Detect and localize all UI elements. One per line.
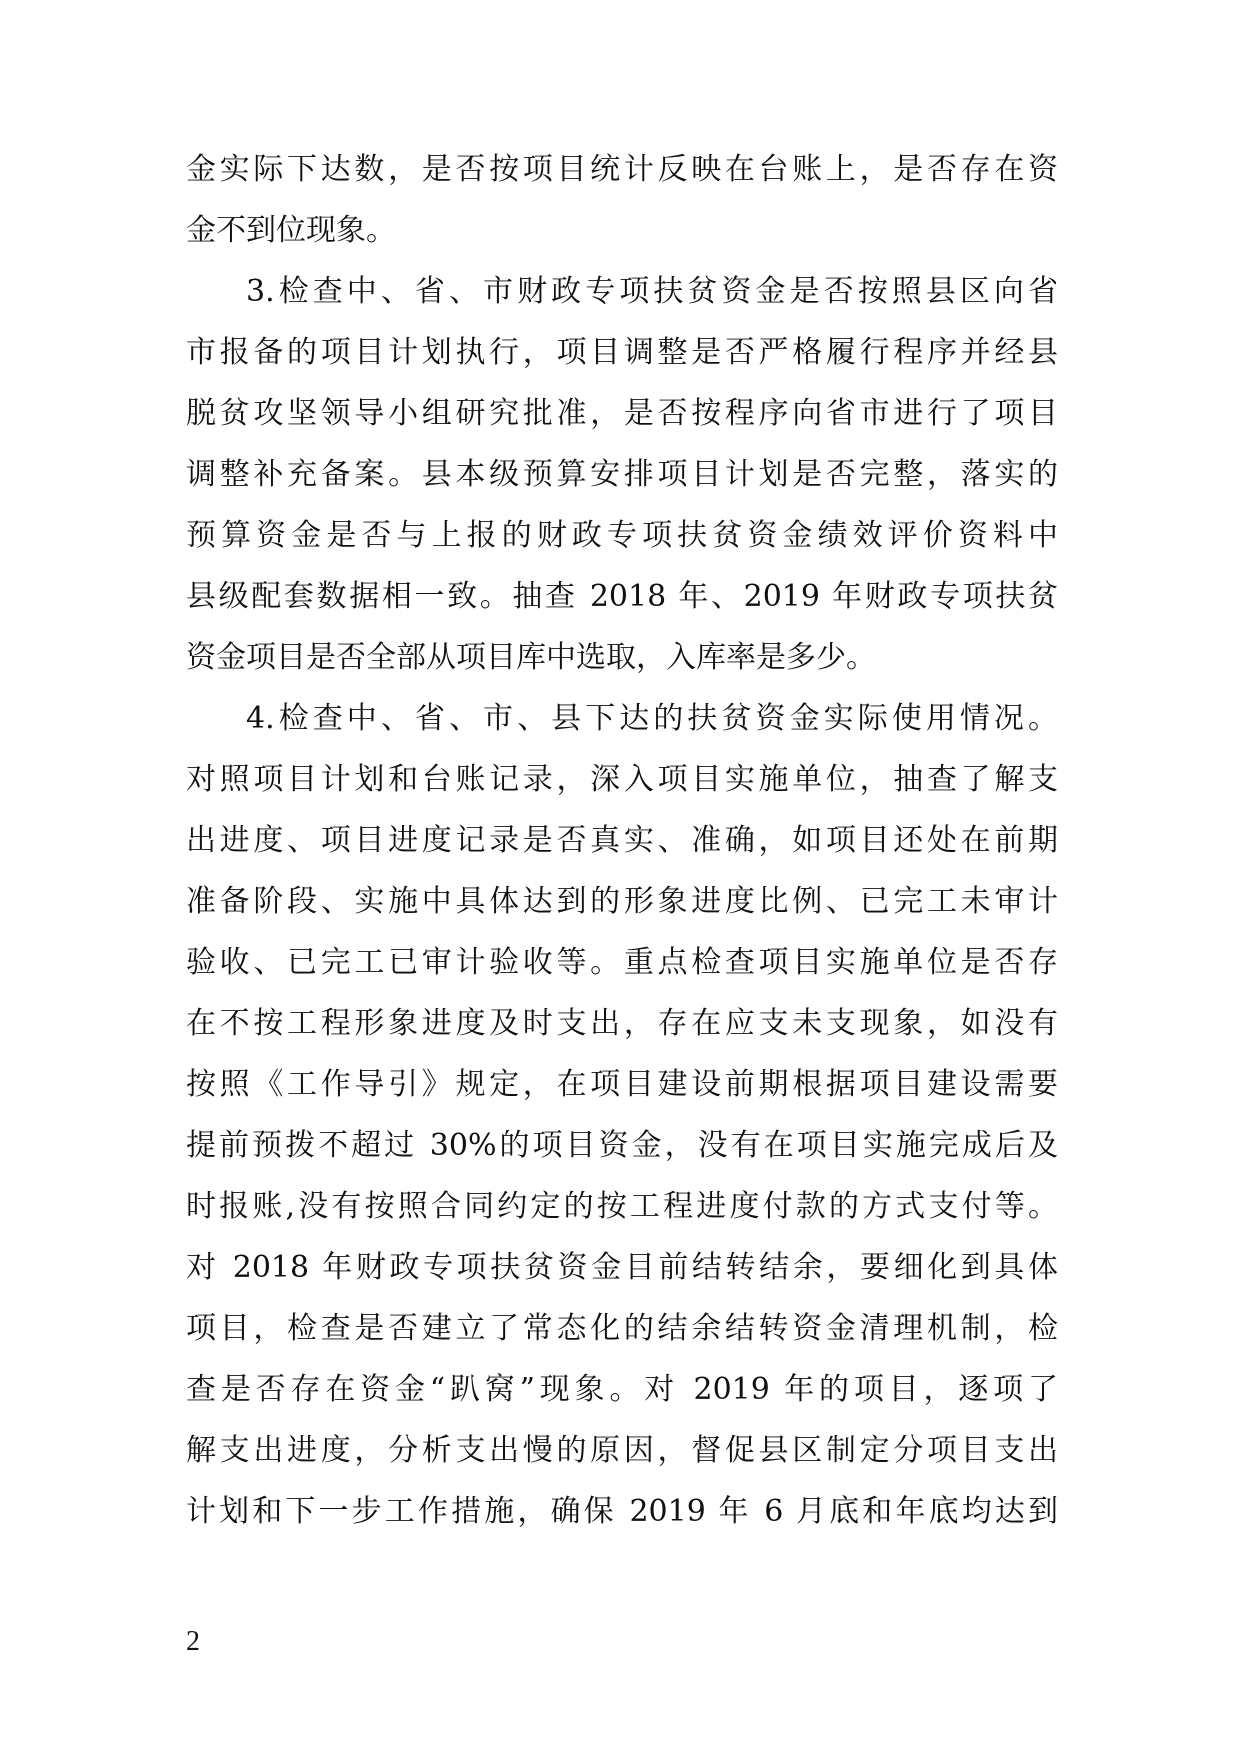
text-line: 市报备的项目计划执行，项目调整是否严格履行程序并经县 xyxy=(186,333,1058,373)
text-line: 项目，检查是否建立了常态化的结余结转资金清理机制，检 xyxy=(186,1309,1058,1349)
paragraph-4-start: 4.检查中、省、市、县下达的扶贫资金实际使用情况。 xyxy=(246,699,1058,739)
paragraph-3-start: 3.检查中、省、市财政专项扶贫资金是否按照县区向省 xyxy=(246,272,1058,312)
text-line: 资金项目是否全部从项目库中选取，入库率是多少。 xyxy=(186,638,1058,678)
text-line: 预算资金是否与上报的财政专项扶贫资金绩效评价资料中 xyxy=(186,516,1058,556)
text-line: 在不按工程形象进度及时支出，存在应支未支现象，如没有 xyxy=(186,1004,1058,1044)
page-number: 2 xyxy=(186,1624,200,1660)
text-line: 时报账,没有按照合同约定的按工程进度付款的方式支付等。 xyxy=(186,1187,1058,1227)
text-line: 县级配套数据相一致。抽查 2018 年、2019 年财政专项扶贫 xyxy=(186,577,1058,617)
text-line: 按照《工作导引》规定，在项目建设前期根据项目建设需要 xyxy=(186,1065,1058,1105)
text-line: 金实际下达数，是否按项目统计反映在台账上，是否存在资 xyxy=(186,150,1058,190)
text-line: 验收、已完工已审计验收等。重点检查项目实施单位是否存 xyxy=(186,943,1058,983)
text-line: 对 2018 年财政专项扶贫资金目前结转结余，要细化到具体 xyxy=(186,1248,1058,1288)
document-page: 金实际下达数，是否按项目统计反映在台账上，是否存在资 金不到位现象。 3.检查中… xyxy=(0,0,1241,1754)
text-line: 金不到位现象。 xyxy=(186,211,1058,251)
text-line: 准备阶段、实施中具体达到的形象进度比例、已完工未审计 xyxy=(186,882,1058,922)
text-line: 计划和下一步工作措施，确保 2019 年 6 月底和年底均达到 xyxy=(186,1492,1058,1532)
text-line: 调整补充备案。县本级预算安排项目计划是否完整，落实的 xyxy=(186,455,1058,495)
text-line: 查是否存在资金“趴窝”现象。对 2019 年的项目，逐项了 xyxy=(186,1370,1058,1410)
text-line: 提前预拨不超过 30%的项目资金，没有在项目实施完成后及 xyxy=(186,1126,1058,1166)
text-line: 脱贫攻坚领导小组研究批准，是否按程序向省市进行了项目 xyxy=(186,394,1058,434)
text-line: 对照项目计划和台账记录，深入项目实施单位，抽查了解支 xyxy=(186,760,1058,800)
text-line: 出进度、项目进度记录是否真实、准确，如项目还处在前期 xyxy=(186,821,1058,861)
text-line: 解支出进度，分析支出慢的原因，督促县区制定分项目支出 xyxy=(186,1431,1058,1471)
